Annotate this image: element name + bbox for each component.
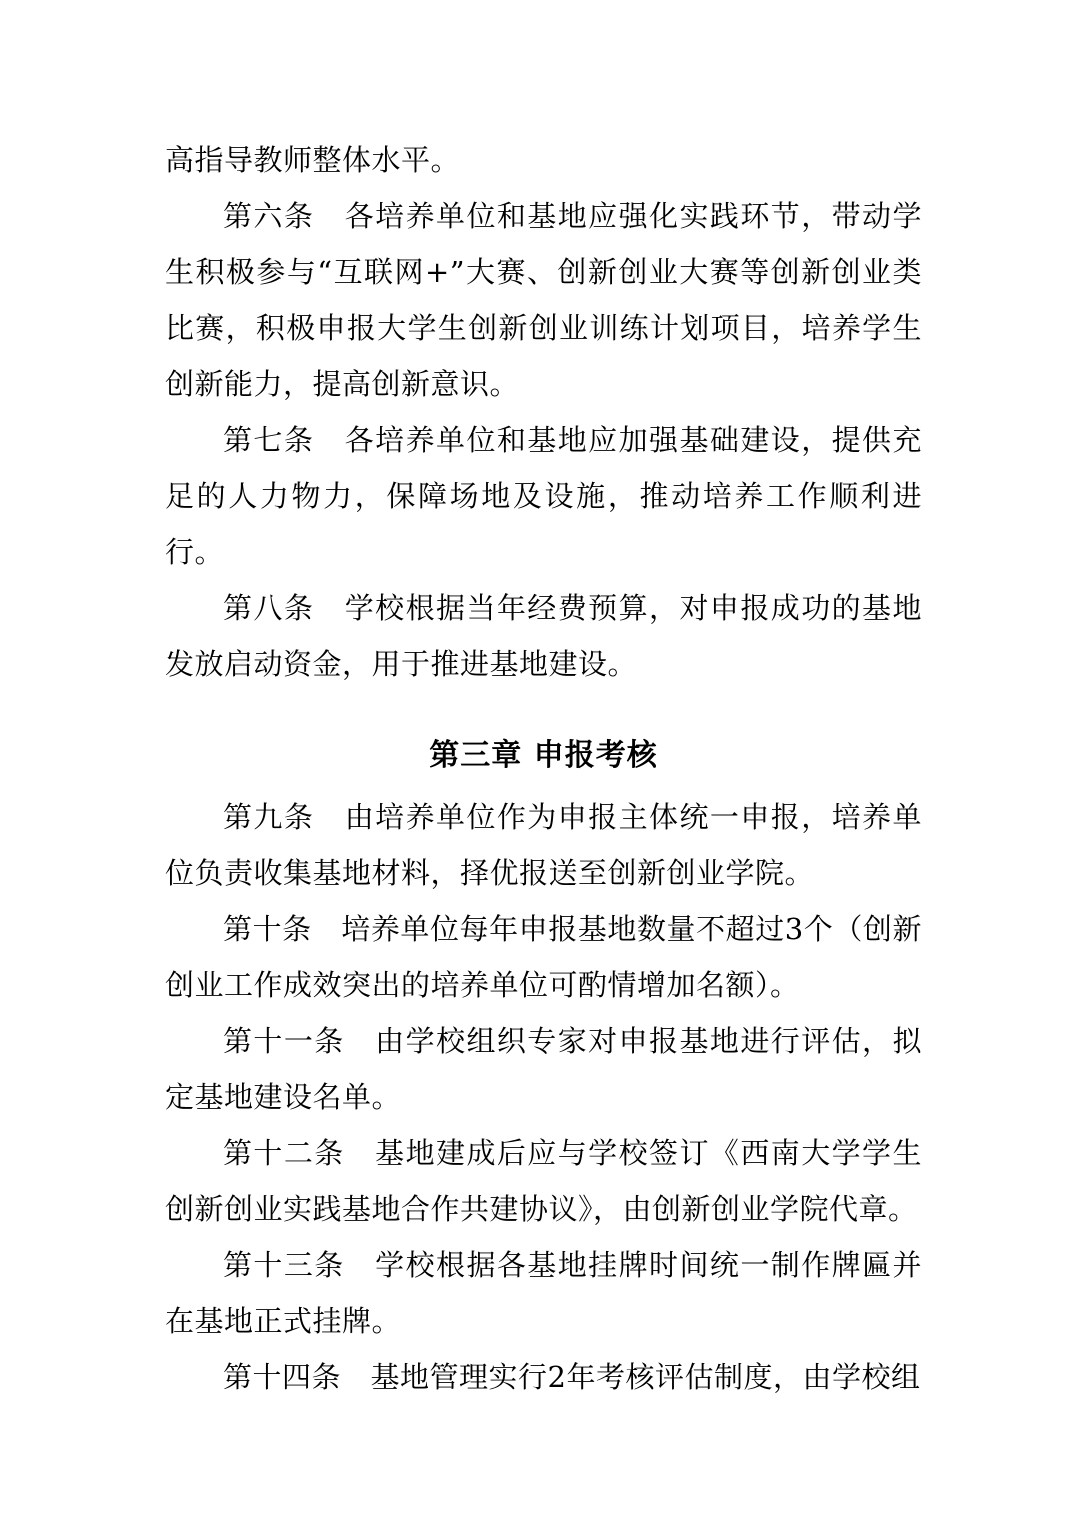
paragraph-article-12: 第十二条 基地建成后应与学校签订《西南大学学生创新创业实践基地合作共建协议》，由… — [165, 1125, 922, 1237]
paragraph-article-6: 第六条 各培养单位和基地应强化实践环节，带动学生积极参与“互联网+”大赛、创新创… — [165, 188, 922, 412]
paragraph-article-7: 第七条 各培养单位和基地应加强基础建设，提供充足的人力物力，保障场地及设施，推动… — [165, 412, 922, 580]
paragraph-article-14: 第十四条 基地管理实行2年考核评估制度，由学校组 — [165, 1349, 922, 1405]
chapter-heading: 第三章 申报考核 — [165, 728, 922, 784]
document-body: 高指导教师整体水平。 第六条 各培养单位和基地应强化实践环节，带动学生积极参与“… — [165, 132, 922, 1405]
document-page: 高指导教师整体水平。 第六条 各培养单位和基地应强化实践环节，带动学生积极参与“… — [0, 0, 1080, 1527]
paragraph-article-13: 第十三条 学校根据各基地挂牌时间统一制作牌匾并在基地正式挂牌。 — [165, 1237, 922, 1349]
paragraph-article-10: 第十条 培养单位每年申报基地数量不超过3个（创新创业工作成效突出的培养单位可酌情… — [165, 901, 922, 1013]
paragraph-article-8: 第八条 学校根据当年经费预算，对申报成功的基地发放启动资金，用于推进基地建设。 — [165, 580, 922, 692]
paragraph-article-11: 第十一条 由学校组织专家对申报基地进行评估，拟定基地建设名单。 — [165, 1013, 922, 1125]
paragraph-continuation: 高指导教师整体水平。 — [165, 132, 922, 188]
paragraph-article-9: 第九条 由培养单位作为申报主体统一申报，培养单位负责收集基地材料，择优报送至创新… — [165, 789, 922, 901]
